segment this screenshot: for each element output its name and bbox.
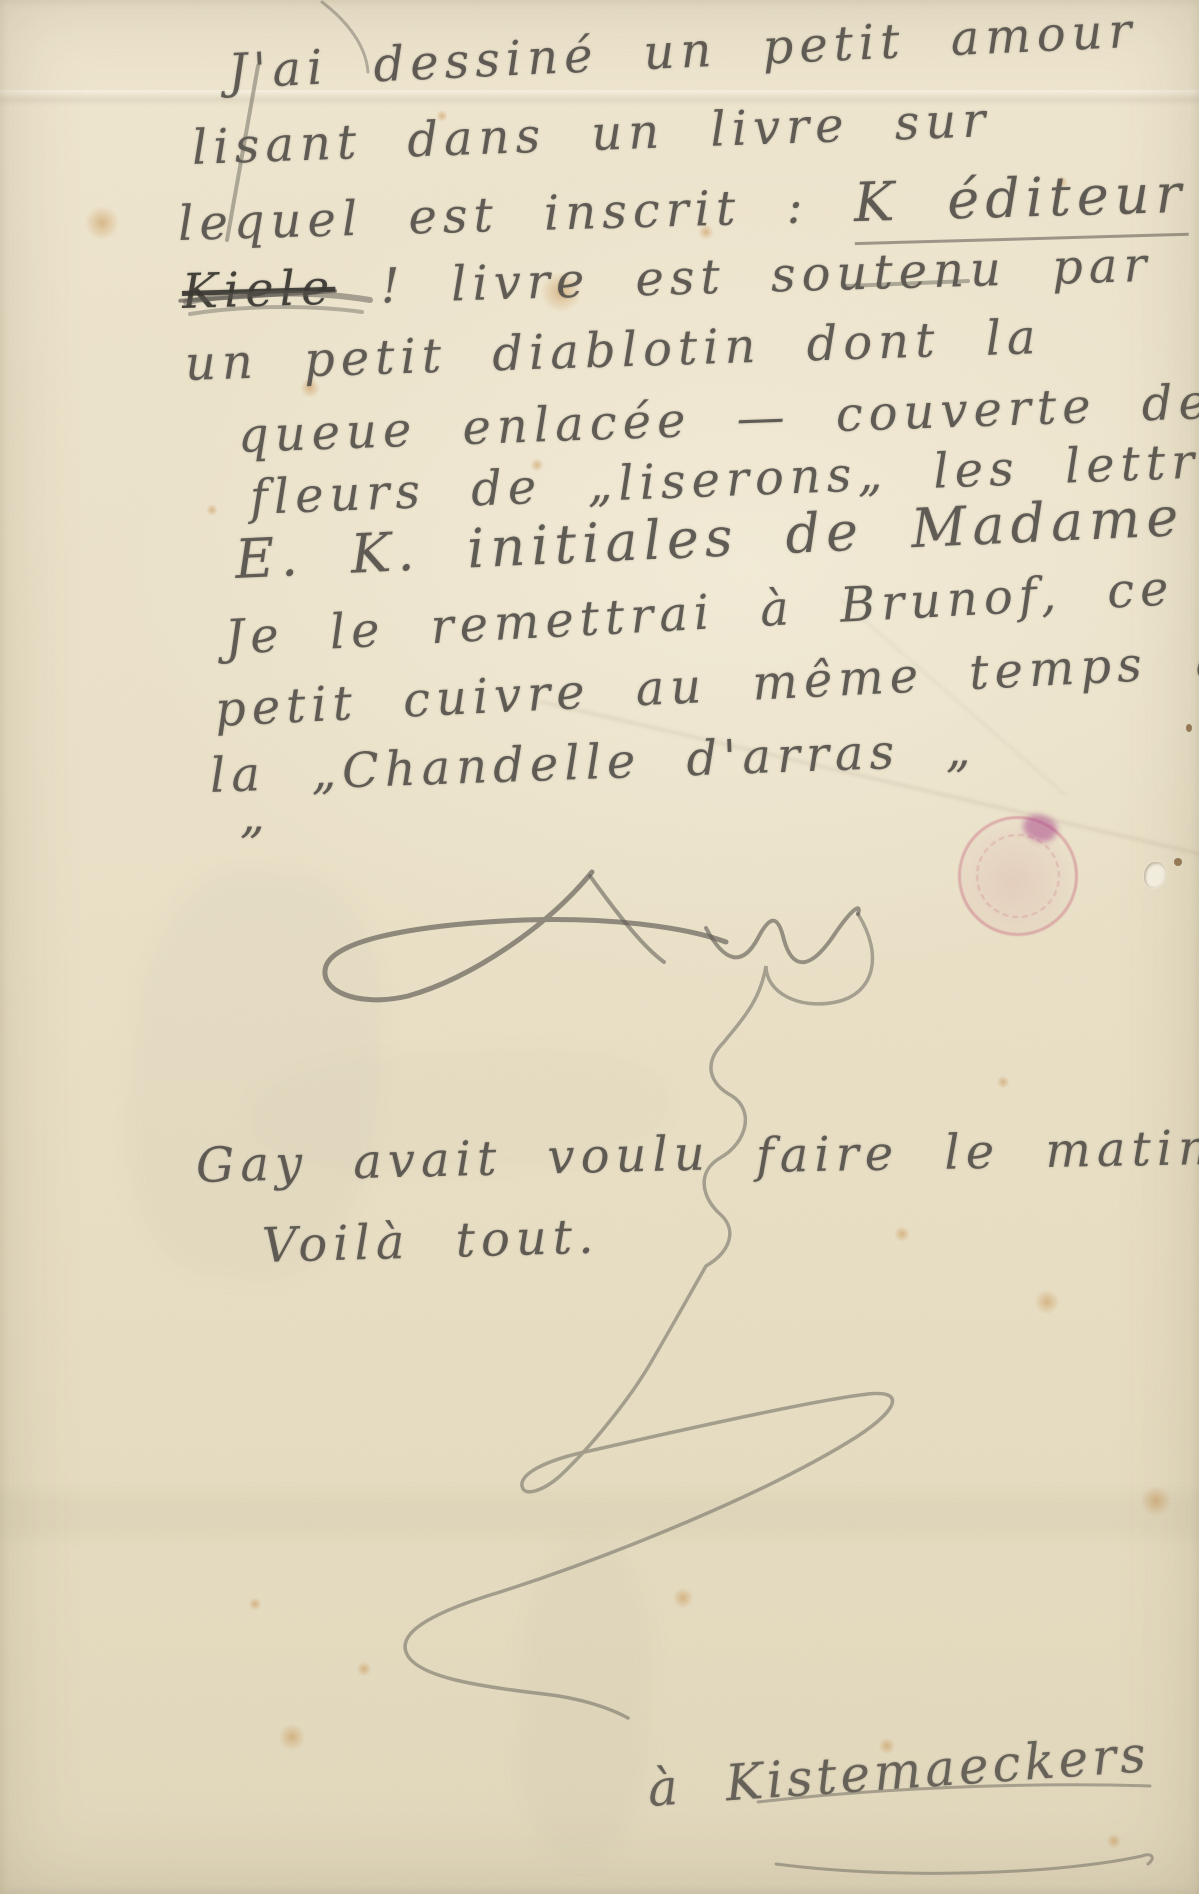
scanned-letter-page: { "letter": { "lines": [ {"text": "J'ai …	[0, 0, 1199, 1894]
edge-vignette	[0, 0, 1199, 1894]
